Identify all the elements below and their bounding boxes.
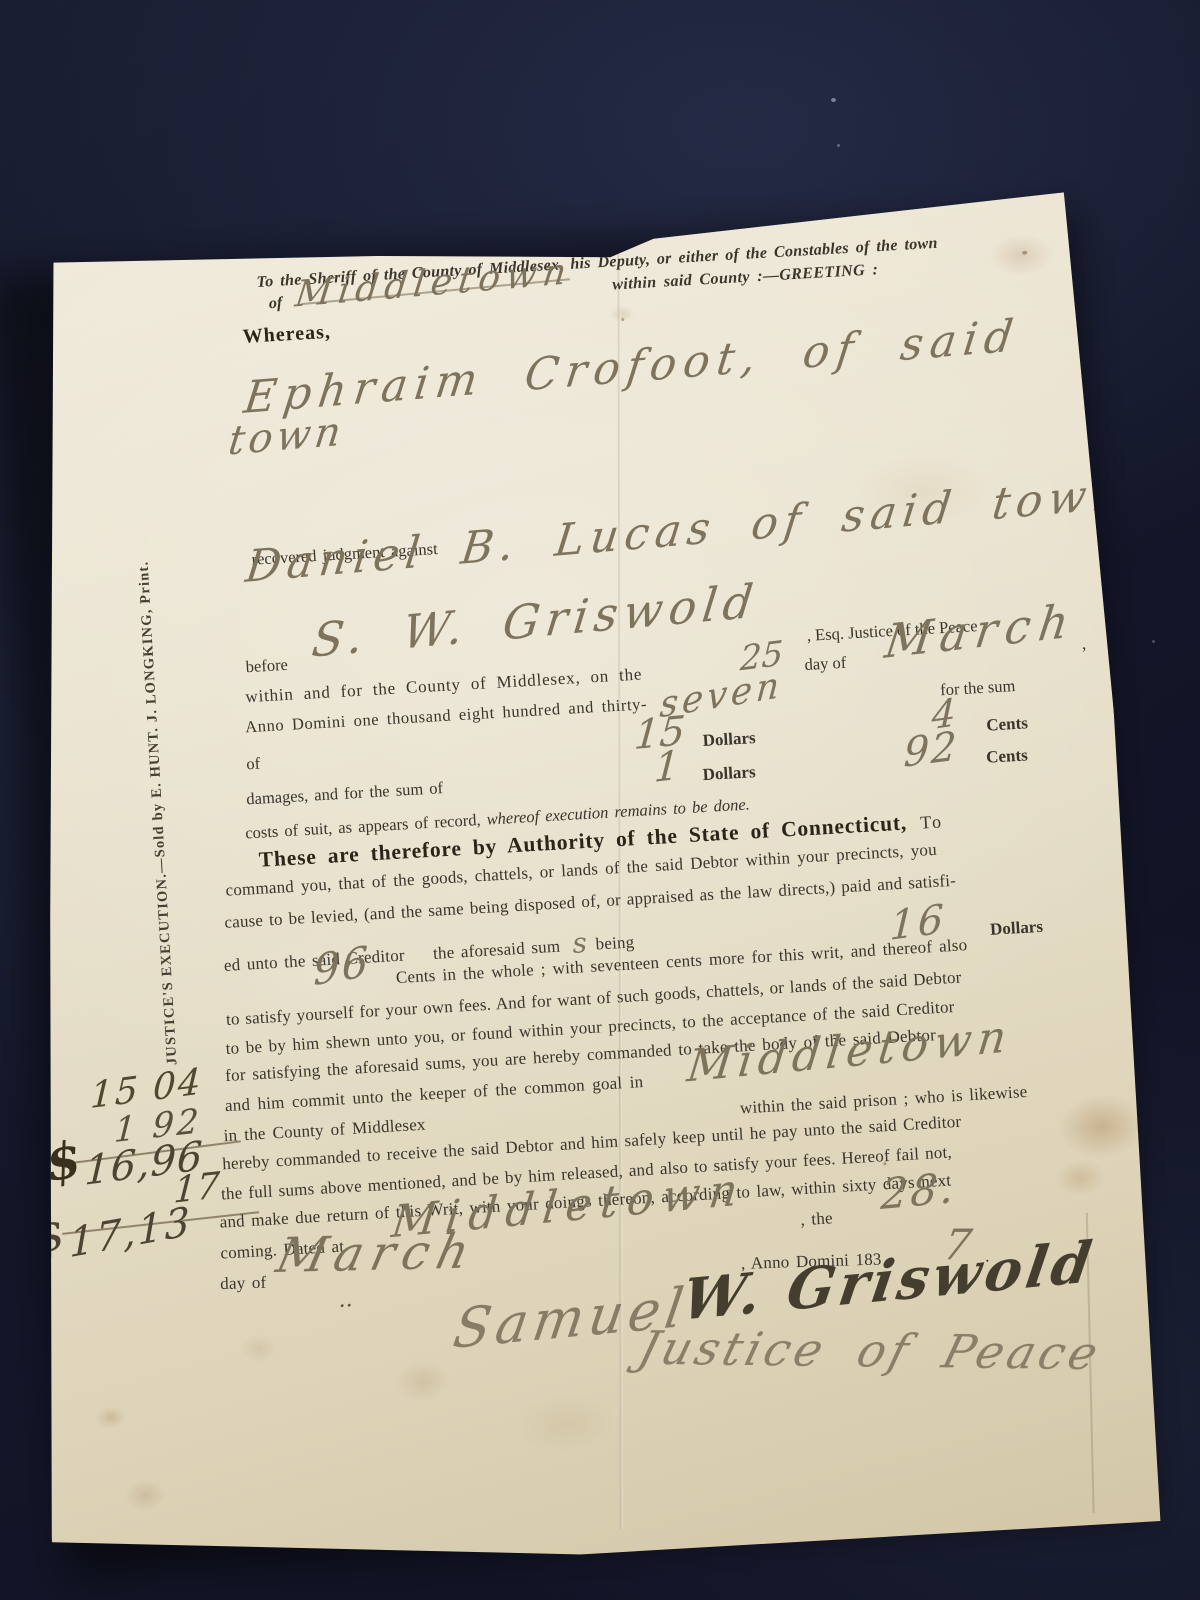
pen-dots-mark: ..: [338, 1287, 353, 1313]
dollars-label-damages: Dollars: [702, 728, 756, 751]
comma-mark: ,: [1081, 634, 1086, 654]
signature-title: Justice of Peace: [633, 1321, 1107, 1380]
command-line9-left: in the County of Middlesex: [223, 1115, 426, 1147]
ink-fleck: [1022, 251, 1027, 255]
margin-calc-row5: 17,13: [69, 1198, 192, 1267]
handwritten-total-cents: 96: [313, 936, 370, 995]
handwritten-creditor-town: town: [226, 408, 348, 464]
handwritten-debtor-name: Daniel B. Lucas of said town: [243, 467, 1130, 593]
cents-label-damages: Cents: [986, 713, 1029, 735]
handwritten-justice-name: S. W. Griswold: [309, 573, 762, 668]
handwritten-costs-cents: 92: [903, 723, 960, 777]
photograph-of-document: JUSTICE'S EXECUTION.—Sold by E. HUNT. J.…: [0, 0, 1200, 1600]
handwritten-dated-month: March: [271, 1223, 482, 1284]
the-label: , the: [800, 1208, 833, 1230]
day-of-label-2: day of: [220, 1273, 267, 1294]
ink-fleck: [621, 318, 624, 321]
handwritten-town-header: Middletown: [293, 251, 575, 316]
of-label: of: [246, 754, 261, 775]
fabric-fleck: [1152, 640, 1155, 643]
dollars-label-costs: Dollars: [702, 762, 756, 785]
damages-line: damages, and for the sum of: [246, 778, 444, 809]
fabric-fleck: [837, 144, 840, 147]
signature-last-name: W. Griswold: [678, 1229, 1100, 1334]
whereas-label: Whereas,: [242, 321, 331, 349]
command-line3c: being: [595, 932, 635, 953]
document-paper: JUSTICE'S EXECUTION.—Sold by E. HUNT. J.…: [0, 191, 1160, 1585]
handwritten-creditor-name: Ephraim Crofoot, of said: [241, 310, 1023, 424]
before-label: before: [245, 655, 288, 677]
handwritten-judgment-month: March: [882, 593, 1080, 669]
dollars-label-total: Dollars: [990, 917, 1044, 940]
printers-imprint-vertical: JUSTICE'S EXECUTION.—Sold by E. HUNT. J.…: [135, 560, 181, 1065]
command-line9-right: within the said prison ; who is likewise: [739, 1082, 1028, 1119]
cents-label-costs: Cents: [986, 745, 1029, 767]
authority-heading-to: To: [920, 811, 944, 832]
handwritten-sum-mark: s: [572, 926, 588, 960]
handwritten-costs-dollars: 1: [653, 742, 681, 791]
header-of-label: of: [268, 295, 282, 314]
handwritten-dated-day: 28.: [879, 1163, 959, 1220]
day-of-label: day of: [804, 653, 847, 675]
fabric-fleck: [831, 98, 836, 102]
